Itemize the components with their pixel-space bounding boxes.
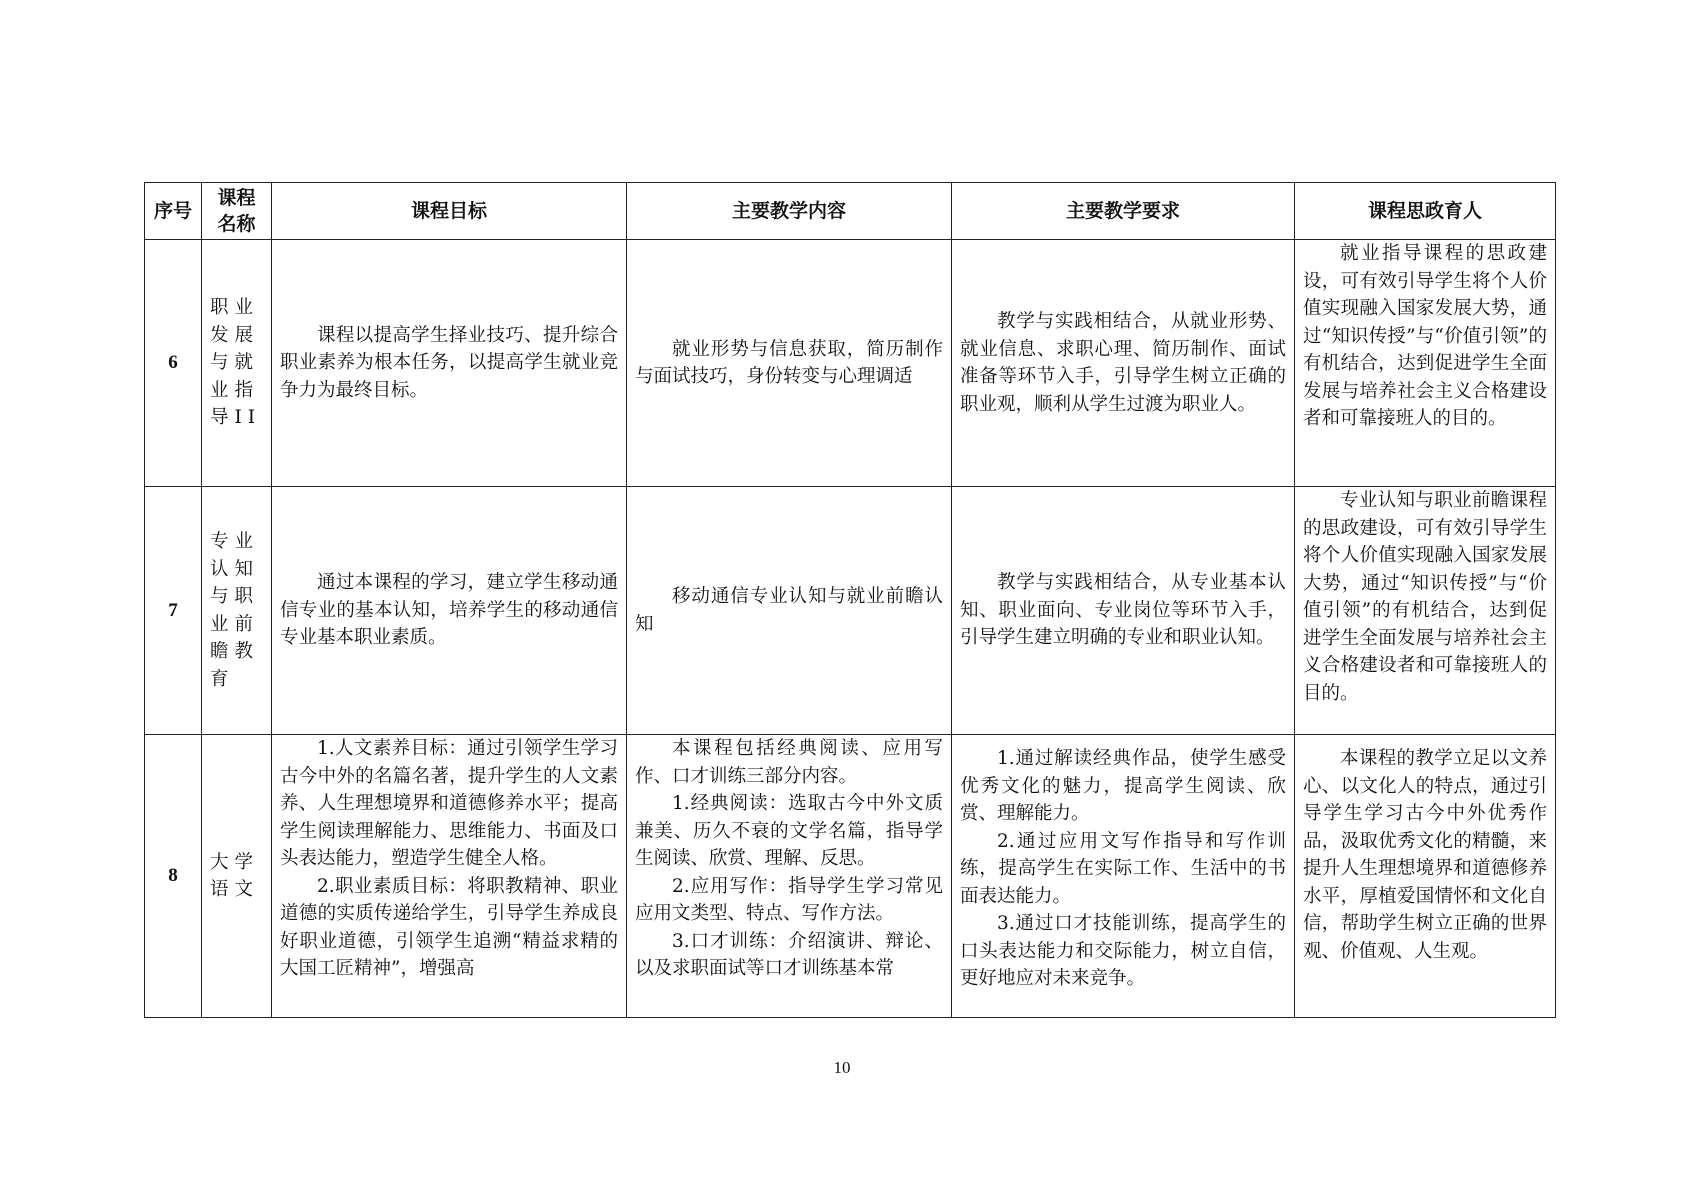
course-table: 序号 课程名称 课程目标 主要教学内容 主要教学要求 课程思政育人 6 职业发展… [144,182,1556,1018]
row-objective: 1.人文素养目标：通过引领学生学习古今中外的名篇名著，提升学生的人文素养、人生理… [272,735,627,1018]
paragraph: 2.应用写作：指导学生学习常见应用文类型、特点、写作方法。 [635,873,943,928]
header-requirement: 主要教学要求 [952,183,1295,240]
paragraph: 教学与实践相结合，从专业基本认知、职业面向、专业岗位等环节入手，引导学生建立明确… [960,569,1286,652]
paragraph: 2.职业素质目标：将职教精神、职业道德的实质传递给学生，引导学生养成良好职业道德… [280,873,618,983]
page-number: 10 [0,1058,1684,1078]
row-requirement: 1.通过解读经典作品，使学生感受优秀文化的魅力，提高学生阅读、欣赏、理解能力。 … [952,735,1295,1018]
paragraph: 2.通过应用文写作指导和写作训练，提高学生在实际工作、生活中的书面表达能力。 [960,828,1286,911]
paragraph: 课程以提高学生择业技巧、提升综合职业素养为根本任务，以提高学生就业竞争力为最终目… [280,322,618,405]
row-content: 移动通信专业认知与就业前瞻认知 [627,487,952,735]
document-page: 序号 课程名称 课程目标 主要教学内容 主要教学要求 课程思政育人 6 职业发展… [0,0,1684,1191]
row-course-name: 职业发展与就业指导II [202,240,272,487]
row-objective: 通过本课程的学习，建立学生移动通信专业的基本认知，培养学生的移动通信专业基本职业… [272,487,627,735]
table-row: 8 大学语文 1.人文素养目标：通过引领学生学习古今中外的名篇名著，提升学生的人… [145,735,1556,1018]
row-ideology: 本课程的教学立足以文养心、以文化人的特点，通过引导学生学习古今中外优秀作品，汲取… [1295,735,1556,1018]
table-row: 7 专业认知与职业前瞻教育 通过本课程的学习，建立学生移动通信专业的基本认知，培… [145,487,1556,735]
header-ideology: 课程思政育人 [1295,183,1556,240]
row-ideology: 专业认知与职业前瞻课程的思政建设，可有效引导学生将个人价值实现融入国家发展大势，… [1295,487,1556,735]
table-header-row: 序号 课程名称 课程目标 主要教学内容 主要教学要求 课程思政育人 [145,183,1556,240]
header-content: 主要教学内容 [627,183,952,240]
paragraph: 专业认知与职业前瞻课程的思政建设，可有效引导学生将个人价值实现融入国家发展大势，… [1303,487,1547,707]
header-index: 序号 [145,183,202,240]
paragraph: 就业指导课程的思政建设，可有效引导学生将个人价值实现融入国家发展大势，通过“知识… [1303,240,1547,433]
row-index: 8 [145,735,202,1018]
row-content: 本课程包括经典阅读、应用写作、口才训练三部分内容。 1.经典阅读：选取古今中外文… [627,735,952,1018]
paragraph: 3.口才训练：介绍演讲、辩论、以及求职面试等口才训练基本常 [635,928,943,983]
paragraph: 1.人文素养目标：通过引领学生学习古今中外的名篇名著，提升学生的人文素养、人生理… [280,735,618,873]
paragraph: 1.经典阅读：选取古今中外文质兼美、历久不衰的文学名篇，指导学生阅读、欣赏、理解… [635,790,943,873]
paragraph: 1.通过解读经典作品，使学生感受优秀文化的魅力，提高学生阅读、欣赏、理解能力。 [960,745,1286,828]
paragraph: 本课程包括经典阅读、应用写作、口才训练三部分内容。 [635,735,943,790]
paragraph: 就业形势与信息获取，简历制作与面试技巧，身份转变与心理调适 [635,336,943,391]
header-course-name: 课程名称 [202,183,272,240]
row-course-name: 专业认知与职业前瞻教育 [202,487,272,735]
table-row: 6 职业发展与就业指导II 课程以提高学生择业技巧、提升综合职业素养为根本任务，… [145,240,1556,487]
row-index: 6 [145,240,202,487]
paragraph: 教学与实践相结合，从就业形势、就业信息、求职心理、简历制作、面试准备等环节入手，… [960,308,1286,418]
row-objective: 课程以提高学生择业技巧、提升综合职业素养为根本任务，以提高学生就业竞争力为最终目… [272,240,627,487]
paragraph: 本课程的教学立足以文养心、以文化人的特点，通过引导学生学习古今中外优秀作品，汲取… [1303,745,1547,965]
row-index: 7 [145,487,202,735]
row-course-name: 大学语文 [202,735,272,1018]
paragraph: 3.通过口才技能训练，提高学生的口头表达能力和交际能力，树立自信，更好地应对未来… [960,910,1286,993]
row-requirement: 教学与实践相结合，从专业基本认知、职业面向、专业岗位等环节入手，引导学生建立明确… [952,487,1295,735]
paragraph: 移动通信专业认知与就业前瞻认知 [635,583,943,638]
row-requirement: 教学与实践相结合，从就业形势、就业信息、求职心理、简历制作、面试准备等环节入手，… [952,240,1295,487]
row-ideology: 就业指导课程的思政建设，可有效引导学生将个人价值实现融入国家发展大势，通过“知识… [1295,240,1556,487]
paragraph: 通过本课程的学习，建立学生移动通信专业的基本认知，培养学生的移动通信专业基本职业… [280,569,618,652]
header-objective: 课程目标 [272,183,627,240]
row-content: 就业形势与信息获取，简历制作与面试技巧，身份转变与心理调适 [627,240,952,487]
